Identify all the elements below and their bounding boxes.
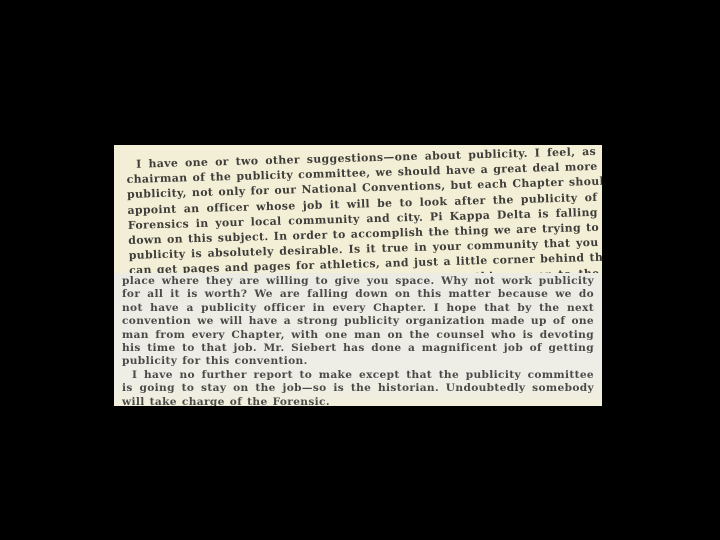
text-line: man from every Chapter, with one man on … xyxy=(122,329,594,342)
lower-paragraph: place where they are willing to give you… xyxy=(122,275,594,406)
clipping-upper-section: I have one or two other suggestions—one … xyxy=(114,145,602,273)
text-line: publicity for this convention. xyxy=(122,355,594,368)
text-line: is going to stay on the job—so is the hi… xyxy=(122,382,594,395)
text-line: not have a publicity officer in every Ch… xyxy=(122,302,594,315)
text-line: convention we will have a strong publici… xyxy=(122,315,594,328)
text-line: place where they are willing to give you… xyxy=(122,275,594,288)
text-line: for all it is worth? We are falling down… xyxy=(122,288,594,301)
text-line: will take charge of the Forensic. xyxy=(122,396,594,406)
clipping-lower-section: place where they are willing to give you… xyxy=(114,273,602,406)
text-line: I have no further report to make except … xyxy=(122,369,594,382)
newspaper-clipping: I have one or two other suggestions—one … xyxy=(114,145,602,406)
text-line: his time to that job. Mr. Siebert has do… xyxy=(122,342,594,355)
upper-paragraph: I have one or two other suggestions—one … xyxy=(126,145,600,294)
